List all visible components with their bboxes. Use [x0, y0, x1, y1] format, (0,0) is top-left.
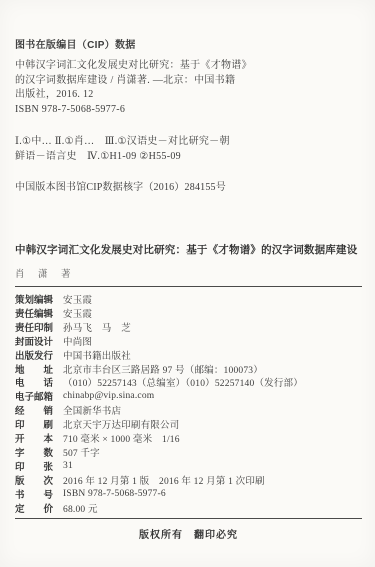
cip-description-line: 的汉字词数据库建设 / 肖潇著. —北京：中国书籍 [15, 74, 362, 89]
book-copyright-page: 图书在版编目（CIP）数据 中韩汉字词汇文化发展史对比研究：基于《才物谱》的汉字… [0, 0, 375, 567]
colophon-row-value: 全国新华书店 [63, 403, 121, 417]
divider-bottom [15, 518, 362, 519]
colophon-row: 经 销全国新华书店 [15, 403, 362, 417]
colophon-table: 策划编辑安玉霞责任编辑安玉霞责任印制孙马飞 马 芝封面设计中尚图出版发行中国书籍… [15, 292, 362, 515]
colophon-row-value: chinabp@vip.sina.com [63, 391, 154, 401]
cip-classification-line: 鲜语－语言史 Ⅳ.①H1-09 ②H55-09 [15, 149, 362, 164]
colophon-row: 出版发行中国书籍出版社 [15, 348, 362, 362]
colophon-row-value: 中尚图 [63, 334, 92, 348]
colophon-row-value: （010）52257143（总编室）（010）52257140（发行部） [63, 375, 303, 389]
colophon-row-label: 印 刷 [15, 417, 63, 431]
colophon-row-label: 策划编辑 [15, 292, 63, 306]
colophon-row: 印 张31 [15, 459, 362, 473]
colophon-row-label: 电 话 [15, 375, 63, 389]
cip-classification: Ⅰ.①中… Ⅱ.①肖… Ⅲ.①汉语史－对比研究－朝鲜语－语言史 Ⅳ.①H1-09… [15, 134, 362, 164]
colophon-row: 字 数507 千字 [15, 445, 362, 459]
colophon-row-label: 印 张 [15, 459, 63, 473]
page-content: 图书在版编目（CIP）数据 中韩汉字词汇文化发展史对比研究：基于《才物谱》的汉字… [0, 36, 375, 541]
colophon-row: 电 话（010）52257143（总编室）（010）52257140（发行部） [15, 376, 362, 390]
colophon-row-value: 710 毫米 × 1000 毫米 1/16 [63, 431, 180, 445]
colophon-row-label: 封面设计 [15, 334, 63, 348]
cip-description-line: 出版社，2016. 12 [15, 88, 362, 103]
colophon-row-value: 中国书籍出版社 [63, 348, 131, 362]
colophon-row: 印 刷北京天宇万达印刷有限公司 [15, 417, 362, 431]
colophon-row-label: 版 次 [15, 473, 63, 487]
colophon-row: 封面设计中尚图 [15, 334, 362, 348]
colophon-row-value: 北京市丰台区三路居路 97 号（邮编：100073） [63, 362, 263, 376]
cip-description: 中韩汉字词汇文化发展史对比研究：基于《才物谱》的汉字词数据库建设 / 肖潇著. … [15, 59, 362, 117]
copyright-notice: 版权所有 翻印必究 [15, 526, 362, 541]
colophon-row-label: 责任编辑 [15, 306, 63, 320]
colophon-row-value: 安玉霞 [63, 292, 92, 306]
colophon-row-label: 出版发行 [15, 348, 63, 362]
colophon-row-label: 书 号 [15, 487, 63, 501]
book-title: 中韩汉字词汇文化发展史对比研究：基于《才物谱》的汉字词数据库建设 [15, 242, 362, 257]
colophon-row: 地 址北京市丰台区三路居路 97 号（邮编：100073） [15, 362, 362, 376]
colophon-row-value: 孙马飞 马 芝 [63, 320, 131, 334]
book-author: 肖 潇 著 [15, 266, 362, 280]
colophon-row-label: 地 址 [15, 362, 63, 376]
colophon-row-label: 经 销 [15, 403, 63, 417]
colophon-row: 策划编辑安玉霞 [15, 292, 362, 306]
colophon-row-value: 68.00 元 [63, 501, 98, 515]
title-block: 中韩汉字词汇文化发展史对比研究：基于《才物谱》的汉字词数据库建设 肖 潇 著 [15, 242, 362, 280]
colophon-row-label: 电子邮箱 [15, 389, 63, 403]
colophon-row-label: 字 数 [15, 445, 63, 459]
colophon-row-value: 2016 年 12 月第 1 版 2016 年 12 月第 1 次印刷 [63, 473, 265, 487]
colophon-row-label: 定 价 [15, 501, 63, 515]
colophon-row-value: 507 千字 [63, 445, 100, 459]
colophon-row: 责任印制孙马飞 马 芝 [15, 320, 362, 334]
colophon-row: 电子邮箱chinabp@vip.sina.com [15, 389, 362, 403]
colophon-row-value: 31 [63, 461, 73, 471]
divider-top [15, 286, 362, 287]
colophon-row-value: 北京天宇万达印刷有限公司 [63, 417, 179, 431]
colophon-row: 书 号ISBN 978-7-5068-5977-6 [15, 487, 362, 501]
cip-description-line: ISBN 978-7-5068-5977-6 [15, 103, 362, 118]
cip-header: 图书在版编目（CIP）数据 [15, 36, 362, 51]
colophon-row-label: 责任印制 [15, 320, 63, 334]
cip-block: 图书在版编目（CIP）数据 中韩汉字词汇文化发展史对比研究：基于《才物谱》的汉字… [15, 36, 362, 193]
cip-classification-line: Ⅰ.①中… Ⅱ.①肖… Ⅲ.①汉语史－对比研究－朝 [15, 134, 362, 149]
colophon-row-label: 开 本 [15, 431, 63, 445]
colophon-row: 定 价68.00 元 [15, 501, 362, 515]
colophon-row-value: ISBN 978-7-5068-5977-6 [63, 489, 166, 499]
cip-description-line: 中韩汉字词汇文化发展史对比研究：基于《才物谱》 [15, 59, 362, 74]
cip-record-number: 中国版本图书馆CIP数据核字（2016）284155号 [15, 178, 362, 193]
colophon-row: 责任编辑安玉霞 [15, 306, 362, 320]
colophon-row-value: 安玉霞 [63, 306, 92, 320]
colophon-row: 开 本710 毫米 × 1000 毫米 1/16 [15, 431, 362, 445]
colophon-row: 版 次2016 年 12 月第 1 版 2016 年 12 月第 1 次印刷 [15, 473, 362, 487]
